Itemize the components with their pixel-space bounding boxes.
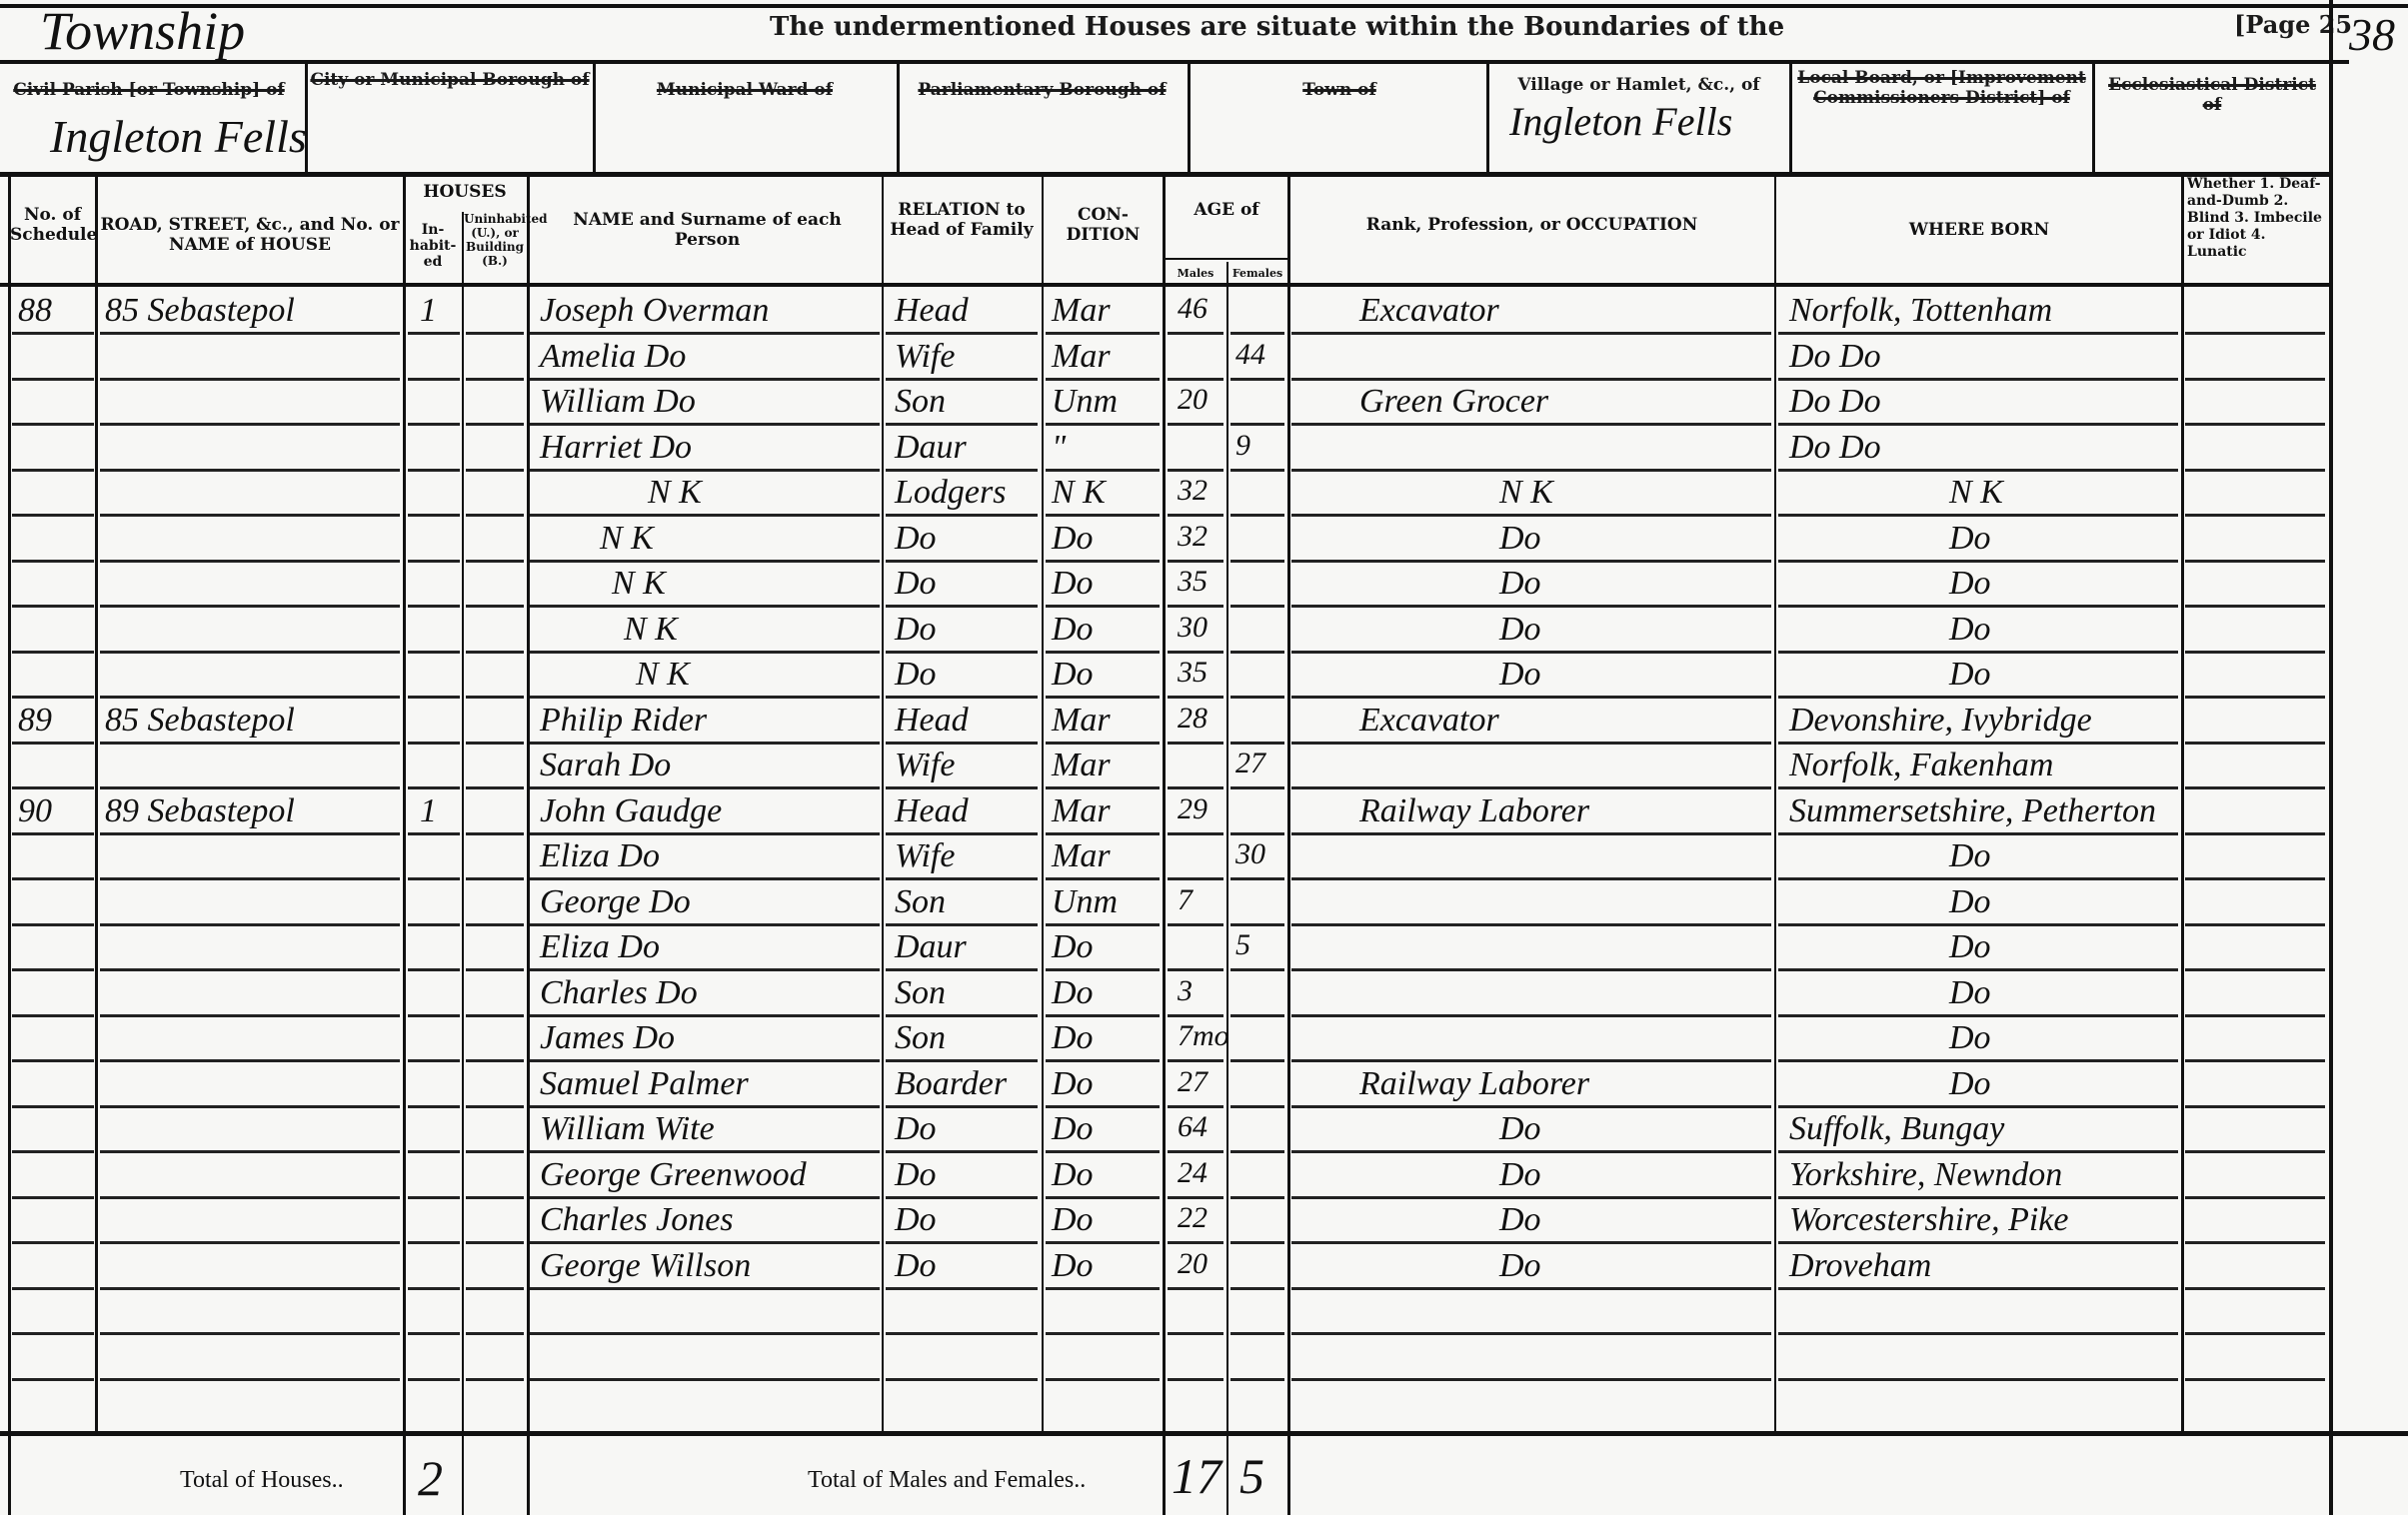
top-border: [0, 4, 2408, 8]
row-rule: [466, 1378, 524, 1381]
birthplace-cell: Droveham: [1789, 1247, 1931, 1285]
table-row: N KDoDo35DoDo: [0, 563, 2408, 607]
male-age-cell: 32: [1178, 474, 1207, 508]
name-cell: Joseph Overman: [540, 292, 769, 330]
occupation-cell: Do: [1499, 1156, 1541, 1194]
condition-cell: N K: [1052, 474, 1106, 512]
birthplace-cell: Do: [1949, 520, 1991, 558]
condition-cell: ": [1052, 429, 1066, 467]
relation-cell: Do: [895, 1110, 937, 1148]
relation-cell: Do: [895, 520, 937, 558]
table-row: N KDoDo32DoDo: [0, 518, 2408, 562]
birthplace-cell: Do: [1949, 656, 1991, 694]
occupation-cell: Do: [1499, 1201, 1541, 1239]
occupation-cell: Railway Laborer: [1359, 1065, 1589, 1103]
relation-cell: Wife: [895, 837, 955, 875]
row-rule: [1778, 1378, 2178, 1381]
inhabited-cell: 1: [420, 792, 437, 830]
township-annotation: Township: [40, 0, 245, 62]
birthplace-cell: Devonshire, Ivybridge: [1789, 702, 2092, 740]
birthplace-cell: Do Do: [1789, 338, 1881, 376]
name-cell: N K: [612, 565, 666, 603]
boundaries-top-rule: [0, 60, 2349, 64]
female-age-cell: 9: [1235, 429, 1250, 463]
relation-cell: Son: [895, 1019, 946, 1057]
total-persons-label: Total of Males and Females..: [808, 1467, 1086, 1494]
col-males-header: Males: [1166, 264, 1225, 284]
condition-cell: Mar: [1052, 837, 1111, 875]
road-cell: 85 Sebastepol: [105, 702, 295, 740]
occupation-cell: Do: [1499, 611, 1541, 649]
col-uninhabited-header: Uninhabited (U.), or Building (B.): [464, 212, 526, 268]
male-age-cell: 46: [1178, 292, 1207, 326]
male-age-cell: 3: [1178, 974, 1193, 1008]
condition-cell: Mar: [1052, 747, 1111, 784]
occupation-cell: Do: [1499, 565, 1541, 603]
birthplace-cell: N K: [1949, 474, 2003, 512]
name-cell: William Do: [540, 383, 696, 421]
total-males-value: 17: [1172, 1447, 1221, 1505]
name-cell: Eliza Do: [540, 837, 660, 875]
condition-cell: Mar: [1052, 702, 1111, 740]
birthplace-cell: Do: [1949, 1065, 1991, 1103]
table-row: George GreenwoodDoDo24DoYorkshire, Newnd…: [0, 1154, 2408, 1198]
male-age-cell: 7mo: [1178, 1019, 1229, 1053]
name-cell: N K: [600, 520, 654, 558]
birthplace-cell: Do: [1949, 611, 1991, 649]
table-row: William DoSonUnm20Green GrocerDo Do: [0, 381, 2408, 425]
row-rule: [2185, 1378, 2325, 1381]
relation-cell: Do: [895, 611, 937, 649]
relation-cell: Son: [895, 383, 946, 421]
female-age-cell: 30: [1235, 837, 1265, 871]
birthplace-cell: Do: [1949, 837, 1991, 875]
table-row: George DoSonUnm7Do: [0, 881, 2408, 925]
name-cell: Charles Jones: [540, 1201, 734, 1239]
boundary-label-parliamentary-borough: Parliamentary Borough of: [900, 80, 1185, 100]
condition-cell: Mar: [1052, 292, 1111, 330]
boundary-label-municipal-ward: Municipal Ward of: [600, 80, 890, 100]
occupation-cell: Green Grocer: [1359, 383, 1548, 421]
row-rule: [1168, 1378, 1223, 1381]
male-age-cell: 30: [1178, 611, 1207, 645]
birthplace-cell: Do: [1949, 928, 1991, 966]
condition-cell: Do: [1052, 611, 1094, 649]
birthplace-cell: Do Do: [1789, 429, 1881, 467]
census-page: The undermentioned Houses are situate wi…: [0, 0, 2408, 1515]
boundary-label-town: Town of: [1195, 80, 1484, 100]
col-name-header: NAME and Surname of each Person: [540, 210, 875, 250]
relation-cell: Do: [895, 1156, 937, 1194]
male-age-cell: 20: [1178, 383, 1207, 417]
boundary-label-ecclesiastical: Ecclesiastical District of: [2097, 75, 2327, 115]
male-age-cell: 28: [1178, 702, 1207, 736]
total-females-value: 5: [1239, 1447, 1264, 1505]
col-houses-header: HOUSES: [405, 182, 525, 202]
table-row: [0, 1290, 2408, 1334]
totals-rule: [0, 1431, 2408, 1436]
row-rule: [1230, 1378, 1284, 1381]
name-cell: John Gaudge: [540, 792, 722, 830]
table-row: Sarah DoWifeMar27Norfolk, Fakenham: [0, 745, 2408, 788]
relation-cell: Lodgers: [895, 474, 1006, 512]
col-infirmity-header: Whether 1. Deaf-and-Dumb 2. Blind 3. Imb…: [2187, 176, 2327, 261]
male-age-cell: 24: [1178, 1156, 1207, 1190]
male-age-cell: 35: [1178, 565, 1207, 599]
birthplace-cell: Do: [1949, 565, 1991, 603]
male-age-cell: 20: [1178, 1247, 1207, 1281]
row-rule: [1046, 1378, 1160, 1381]
row-rule: [1291, 1378, 1771, 1381]
boundary-value-civil-parish: Ingleton Fells: [50, 110, 307, 163]
male-age-cell: 29: [1178, 792, 1207, 826]
name-cell: Amelia Do: [540, 338, 686, 376]
female-age-cell: 5: [1235, 928, 1250, 962]
row-rule: [12, 1378, 94, 1381]
name-cell: George Willson: [540, 1247, 751, 1285]
female-age-cell: 44: [1235, 338, 1265, 372]
condition-cell: Mar: [1052, 792, 1111, 830]
condition-cell: Do: [1052, 1156, 1094, 1194]
birthplace-cell: Yorkshire, Newndon: [1789, 1156, 2062, 1194]
name-cell: William Wite: [540, 1110, 715, 1148]
table-row: George WillsonDoDo20DoDroveham: [0, 1245, 2408, 1289]
table-row: Harriet DoDaur"9Do Do: [0, 427, 2408, 471]
birthplace-cell: Summersetshire, Petherton: [1789, 792, 2156, 830]
male-age-cell: 35: [1178, 656, 1207, 690]
relation-cell: Daur: [895, 928, 967, 966]
total-houses-value: 2: [418, 1449, 443, 1507]
relation-cell: Son: [895, 974, 946, 1012]
occupation-cell: Do: [1499, 520, 1541, 558]
birthplace-cell: Suffolk, Bungay: [1789, 1110, 2004, 1148]
male-age-cell: 32: [1178, 520, 1207, 554]
occupation-cell: Excavator: [1359, 292, 1499, 330]
name-cell: George Greenwood: [540, 1156, 807, 1194]
road-cell: 89 Sebastepol: [105, 792, 295, 830]
table-row: 8985 SebastepolPhilip RiderHeadMar28Exca…: [0, 700, 2408, 744]
col-relation-header: RELATION to Head of Family: [886, 200, 1038, 240]
condition-cell: Do: [1052, 520, 1094, 558]
table-row: Charles DoSonDo3Do: [0, 972, 2408, 1016]
name-cell: Samuel Palmer: [540, 1065, 749, 1103]
condition-cell: Do: [1052, 1110, 1094, 1148]
boundary-label-local-board: Local Board, or [Improvement Commissione…: [1794, 68, 2089, 108]
male-age-cell: 7: [1178, 883, 1193, 917]
col-schedule-header: No. of Schedule: [10, 205, 95, 245]
occupation-cell: N K: [1499, 474, 1553, 512]
table-row: William WiteDoDo64DoSuffolk, Bungay: [0, 1108, 2408, 1152]
col-occupation-header: Rank, Profession, or OCCUPATION: [1294, 215, 1769, 235]
col-born-header: WHERE BORN: [1779, 220, 2179, 240]
relation-cell: Head: [895, 702, 969, 740]
condition-cell: Do: [1052, 974, 1094, 1012]
row-rule: [100, 1378, 400, 1381]
condition-cell: Do: [1052, 1201, 1094, 1239]
folio-mark: 38: [2349, 8, 2395, 61]
occupation-cell: Do: [1499, 1110, 1541, 1148]
table-row: Amelia DoWifeMar44Do Do: [0, 336, 2408, 380]
road-cell: 85 Sebastepol: [105, 292, 295, 330]
male-age-cell: 64: [1178, 1110, 1207, 1144]
name-cell: Eliza Do: [540, 928, 660, 966]
boundary-label-municipal-borough: City or Municipal Borough of: [310, 70, 590, 90]
page-title: The undermentioned Houses are situate wi…: [770, 12, 1784, 42]
boundary-label-civil-parish: Civil Parish [or Township] of: [4, 80, 294, 100]
relation-cell: Wife: [895, 747, 955, 784]
name-cell: Charles Do: [540, 974, 698, 1012]
relation-cell: Do: [895, 1247, 937, 1285]
name-cell: James Do: [540, 1019, 675, 1057]
occupation-cell: Do: [1499, 656, 1541, 694]
occupation-cell: Excavator: [1359, 702, 1499, 740]
boundary-value-village: Ingleton Fells: [1509, 98, 1732, 145]
occupation-cell: Railway Laborer: [1359, 792, 1589, 830]
col-condition-header: CON-DITION: [1046, 205, 1161, 245]
name-cell: N K: [636, 656, 690, 694]
name-cell: N K: [624, 611, 678, 649]
table-row: N KDoDo35DoDo: [0, 654, 2408, 698]
relation-cell: Wife: [895, 338, 955, 376]
condition-cell: Do: [1052, 1247, 1094, 1285]
birthplace-cell: Do: [1949, 883, 1991, 921]
inhabited-cell: 1: [420, 292, 437, 330]
condition-cell: Unm: [1052, 883, 1118, 921]
relation-cell: Do: [895, 1201, 937, 1239]
condition-cell: Do: [1052, 656, 1094, 694]
schedule-cell: 89: [18, 702, 52, 740]
table-row: 9089 Sebastepol1John GaudgeHeadMar29Rail…: [0, 790, 2408, 834]
relation-cell: Boarder: [895, 1065, 1007, 1103]
name-cell: Philip Rider: [540, 702, 707, 740]
birthplace-cell: Do: [1949, 974, 1991, 1012]
relation-cell: Daur: [895, 429, 967, 467]
table-row: Eliza DoWifeMar30Do: [0, 835, 2408, 879]
name-cell: N K: [648, 474, 702, 512]
table-row: James DoSonDo7moDo: [0, 1017, 2408, 1061]
birthplace-cell: Do: [1949, 1019, 1991, 1057]
table-row: Charles JonesDoDo22DoWorcestershire, Pik…: [0, 1199, 2408, 1243]
birthplace-cell: Norfolk, Fakenham: [1789, 747, 2053, 784]
col-females-header: Females: [1228, 264, 1286, 284]
relation-cell: Son: [895, 883, 946, 921]
birthplace-cell: Norfolk, Tottenham: [1789, 292, 2052, 330]
row-rule: [886, 1378, 1038, 1381]
condition-cell: Do: [1052, 565, 1094, 603]
condition-cell: Mar: [1052, 338, 1111, 376]
schedule-cell: 90: [18, 792, 52, 830]
boundary-label-village: Village or Hamlet, &c., of: [1491, 75, 1786, 95]
header-bottom-rule: [0, 283, 2329, 287]
condition-cell: Unm: [1052, 383, 1118, 421]
female-age-cell: 27: [1235, 747, 1265, 780]
name-cell: Harriet Do: [540, 429, 692, 467]
table-row: Samuel PalmerBoarderDo27Railway LaborerD…: [0, 1063, 2408, 1107]
relation-cell: Do: [895, 565, 937, 603]
table-row: N KLodgersN K32N KN K: [0, 472, 2408, 516]
relation-cell: Head: [895, 792, 969, 830]
table-row: 8885 Sebastepol1Joseph OvermanHeadMar46E…: [0, 290, 2408, 334]
name-cell: Sarah Do: [540, 747, 671, 784]
table-row: [0, 1336, 2408, 1380]
page-number: [Page 25: [2234, 10, 2352, 39]
male-age-cell: 27: [1178, 1065, 1207, 1099]
table-row: Eliza DoDaurDo5Do: [0, 926, 2408, 970]
schedule-cell: 88: [18, 292, 52, 330]
occupation-cell: Do: [1499, 1247, 1541, 1285]
row-rule: [408, 1378, 460, 1381]
condition-cell: Do: [1052, 1065, 1094, 1103]
relation-cell: Head: [895, 292, 969, 330]
male-age-cell: 22: [1178, 1201, 1207, 1235]
condition-cell: Do: [1052, 928, 1094, 966]
col-road-header: ROAD, STREET, &c., and No. or NAME of HO…: [100, 215, 400, 255]
total-houses-label: Total of Houses..: [180, 1467, 344, 1494]
condition-cell: Do: [1052, 1019, 1094, 1057]
name-cell: George Do: [540, 883, 691, 921]
row-rule: [530, 1378, 880, 1381]
relation-cell: Do: [895, 656, 937, 694]
table-row: N KDoDo30DoDo: [0, 609, 2408, 653]
birthplace-cell: Worcestershire, Pike: [1789, 1201, 2069, 1239]
birthplace-cell: Do Do: [1789, 383, 1881, 421]
col-inhabited-header: In-habit-ed: [405, 222, 461, 270]
col-age-header: AGE of: [1168, 200, 1285, 220]
